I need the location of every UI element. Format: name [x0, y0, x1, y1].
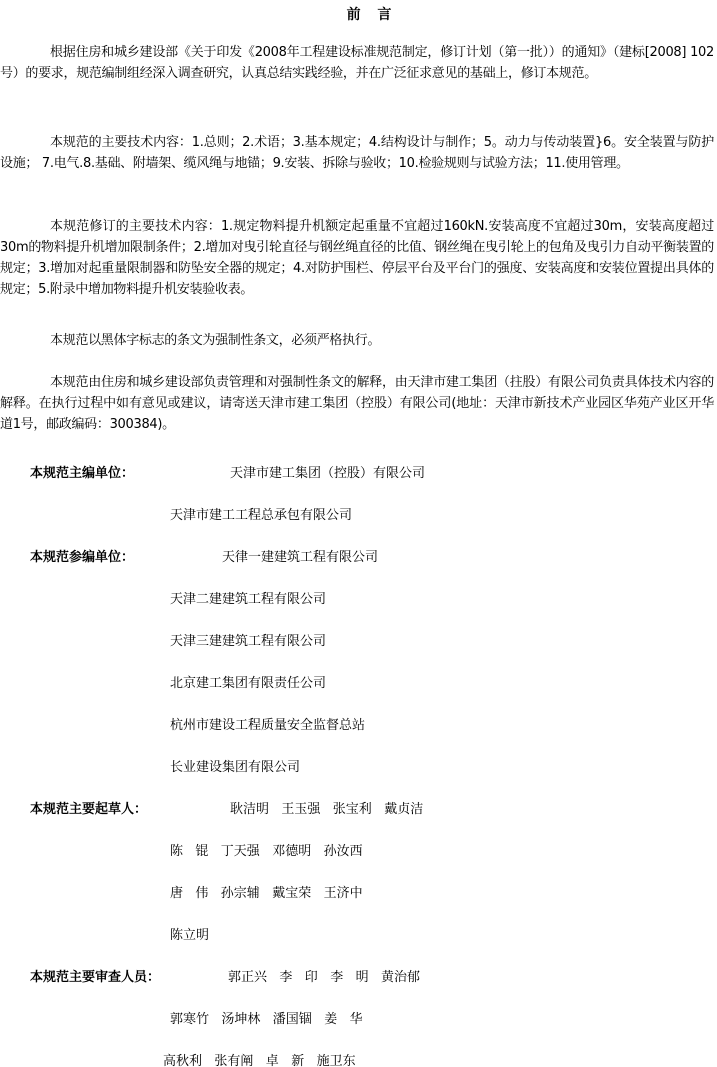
paragraph-management: 本规范由住房和城乡建设部负责管理和对强制性条文的解释，由天津市建工集团（拄股）有…: [0, 372, 714, 435]
reviewers-line: 高秋利 张有阐 卓 新 施卫东: [163, 1050, 356, 1067]
reviewers-label: 本规范主要审查人员：: [30, 966, 160, 985]
reviewers-line: 郭寒竹 汤坤林 潘国锢 姜 华: [170, 1008, 363, 1027]
chief-editor-label: 本规范主编单位：: [30, 462, 134, 481]
paragraph-background: 根据住房和城乡建设部《关于印发《2008年工程建设标准规范制定，修订计划（第一批…: [0, 42, 714, 84]
chief-editor-unit: 天津市建工工程总承包有限公司: [170, 504, 352, 523]
drafters-line: 耿洁明 王玉强 张宝利 戴贞洁: [230, 798, 423, 817]
participating-units-label: 本规范参编单位：: [30, 546, 134, 565]
paragraph-revision-content: 本规范修订的主要技术内容：1.规定物料提升机额定起重量不宜超过160kN.安装高…: [0, 216, 714, 300]
participating-unit: 北京建工集团有限责任公司: [170, 672, 326, 691]
page-title: 前 言: [0, 4, 717, 24]
drafters-line: 陈立明: [170, 924, 209, 943]
participating-unit: 天律一建建筑工程有限公司: [222, 546, 378, 565]
paragraph-mandatory-clauses: 本规范以黑体字标志的条文为强制性条文，必须严格执行。: [0, 330, 714, 351]
participating-unit: 长业建设集团有限公司: [170, 756, 300, 775]
participating-unit: 杭州市建设工程质量安全监督总站: [170, 714, 365, 733]
participating-unit: 天津二建建筑工程有限公司: [170, 588, 326, 607]
participating-unit: 天津三建建筑工程有限公司: [170, 630, 326, 649]
drafters-line: 唐 伟 孙宗辅 戴宝荣 王济中: [170, 882, 363, 901]
paragraph-main-content: 本规范的主要技术内容：1.总则；2.术语；3.基本规定；4.结构设计与制作；5。…: [0, 132, 714, 174]
drafters-line: 陈 锟 丁天强 邓德明 孙汝西: [170, 840, 363, 859]
drafters-label: 本规范主要起草人：: [30, 798, 147, 817]
reviewers-line: 郭正兴 李 印 李 明 黄治郁: [228, 966, 420, 985]
chief-editor-unit: 天津市建工集团（控股）有限公司: [230, 462, 425, 481]
